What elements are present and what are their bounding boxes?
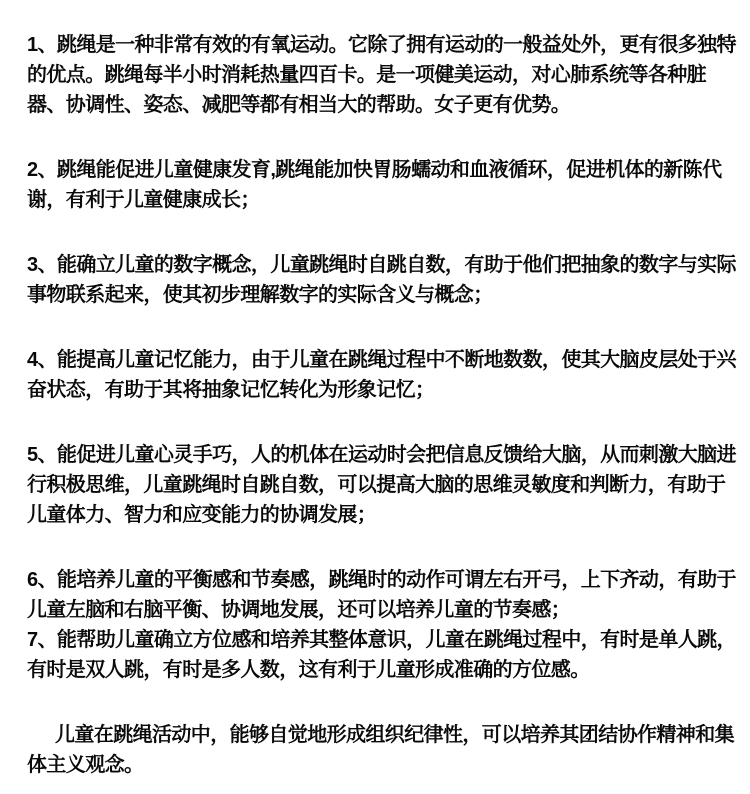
paragraph-benefit-3: 3、能确立儿童的数字概念，儿童跳绳时自跳自数，有助于他们把抽象的数字与实际事物联… [27,250,739,310]
paragraph-benefit-6: 6、能培养儿童的平衡感和节奏感，跳绳时的动作可谓左右开弓，上下齐动，有助于儿童左… [27,565,739,625]
document-page: 1、跳绳是一种非常有效的有氧运动。它除了拥有运动的一般益处外，更有很多独特的优点… [0,0,750,794]
paragraph-benefit-4: 4、能提高儿童记忆能力，由于儿童在跳绳过程中不断地数数，使其大脑皮层处于兴奋状态… [27,345,739,405]
paragraph-benefit-1: 1、跳绳是一种非常有效的有氧运动。它除了拥有运动的一般益处外，更有很多独特的优点… [27,30,739,120]
closing-paragraph: 儿童在跳绳活动中，能够自觉地形成组织纪律性，可以培养其团结协作精神和集体主义观念… [27,720,739,780]
paragraph-benefit-2: 2、跳绳能促进儿童健康发育,跳绳能加快胃肠蠕动和血液循环，促进机体的新陈代谢，有… [27,155,739,215]
paragraph-benefit-5: 5、能促进儿童心灵手巧，人的机体在运动时会把信息反馈给大脑，从而刺激大脑进行积极… [27,440,739,530]
paragraph-benefit-7: 7、能帮助儿童确立方位感和培养其整体意识，儿童在跳绳过程中，有时是单人跳，有时是… [27,625,739,685]
